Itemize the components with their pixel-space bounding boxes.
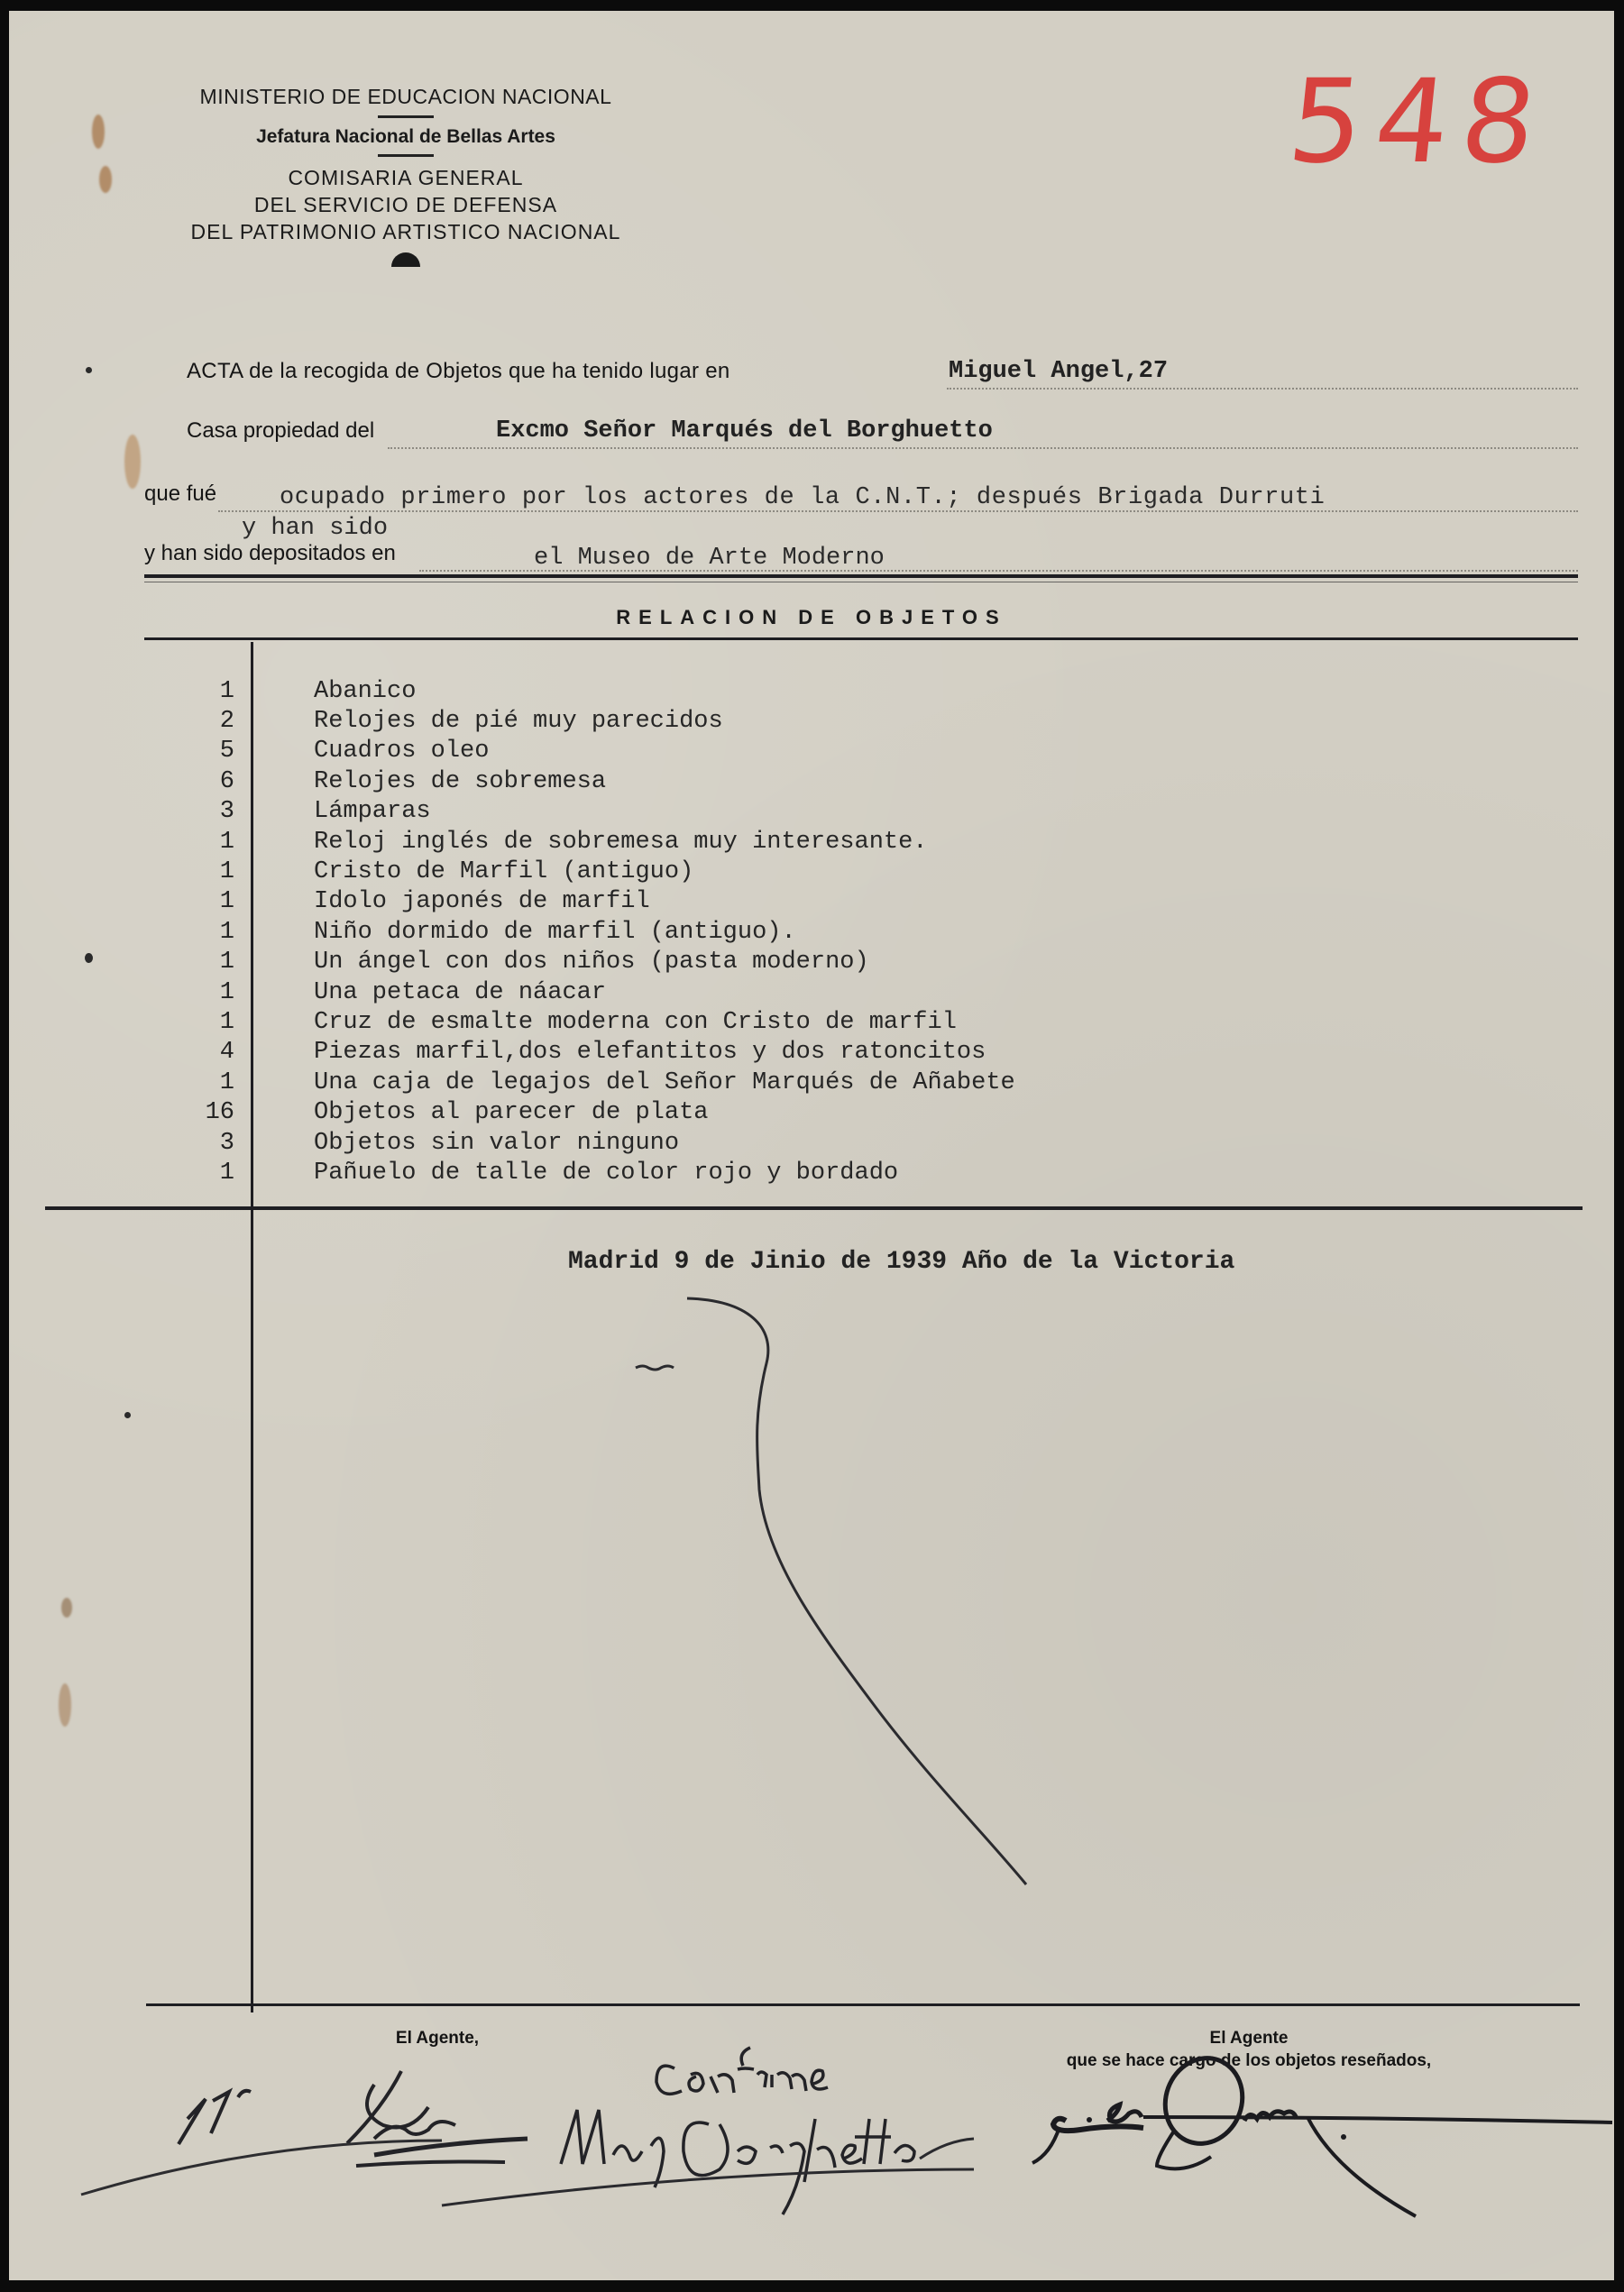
handwriting-strokes (9, 11, 1614, 2280)
document-page: MINISTERIO DE EDUCACION NACIONAL Jefatur… (9, 11, 1614, 2280)
